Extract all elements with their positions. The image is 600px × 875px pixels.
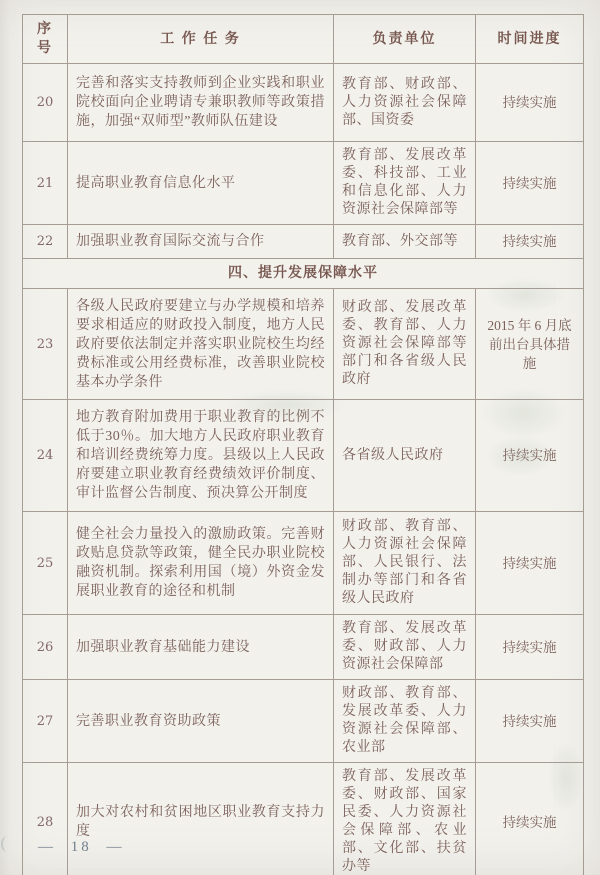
task-cell: 完善职业教育资助政策 [68, 680, 334, 763]
unit-cell: 教育部、外交部等 [334, 225, 476, 259]
row-number-cell: 27 [23, 680, 68, 763]
scan-edge-mark [1, 836, 13, 852]
header-unit: 负责单位 [334, 15, 476, 64]
unit-cell: 各省级人民政府 [334, 400, 476, 512]
table-row: 20 完善和落实支持教师到企业实践和职业院校面向企业聘请专兼职教师等政策措施，加… [23, 64, 584, 142]
time-cell: 持续实施 [476, 142, 584, 225]
time-cell: 持续实施 [476, 615, 584, 680]
task-cell: 地方教育附加费用于职业教育的比例不低于30％。加大地方人民政府职业教育和培训经费… [68, 400, 334, 512]
time-cell: 持续实施 [476, 225, 584, 259]
header-time: 时间进度 [476, 15, 584, 64]
table-row: 23 各级人民政府要建立与办学规模和培养要求相适应的财政投入制度，地方人民政府要… [23, 289, 584, 400]
row-number-cell: 21 [23, 142, 68, 225]
row-number-cell: 26 [23, 615, 68, 680]
work-plan-table: 序号 工 作 任 务 负责单位 时间进度 20 完善和落实支持教师到企业实践和职… [22, 14, 584, 875]
row-number-cell: 20 [23, 64, 68, 142]
unit-cell: 财政部、教育部、人力资源社会保障部、人民银行、法制办等部门和各省级人民政府 [334, 512, 476, 615]
table-row: 21 提高职业教育信息化水平 教育部、发展改革委、科技部、工业和信息化部、人力资… [23, 142, 584, 225]
task-cell: 各级人民政府要建立与办学规模和培养要求相适应的财政投入制度，地方人民政府要依法制… [68, 289, 334, 400]
time-cell: 2015 年 6 月底前出台具体措施 [476, 289, 584, 400]
unit-cell: 教育部、发展改革委、财政部、人力资源社会保障部 [334, 615, 476, 680]
unit-cell: 财政部、发展改革委、教育部、人力资源社会保障部等部门和各省级人民政府 [334, 289, 476, 400]
time-cell: 持续实施 [476, 512, 584, 615]
task-cell: 加强职业教育国际交流与合作 [68, 225, 334, 259]
unit-cell: 教育部、发展改革委、科技部、工业和信息化部、人力资源社会保障部等 [334, 142, 476, 225]
time-cell: 持续实施 [476, 680, 584, 763]
row-number-cell: 25 [23, 512, 68, 615]
section-header: 四、提升发展保障水平 [23, 259, 584, 289]
row-number-cell: 23 [23, 289, 68, 400]
header-task: 工 作 任 务 [68, 15, 334, 64]
time-cell: 持续实施 [476, 400, 584, 512]
header-no: 序号 [23, 15, 68, 64]
task-cell: 完善和落实支持教师到企业实践和职业院校面向企业聘请专兼职教师等政策措施，加强“双… [68, 64, 334, 142]
table-row: 22 加强职业教育国际交流与合作 教育部、外交部等 持续实施 [23, 225, 584, 259]
unit-cell: 财政部、教育部、发展改革委、人力资源社会保障部、农业部 [334, 680, 476, 763]
task-cell: 提高职业教育信息化水平 [68, 142, 334, 225]
row-number-cell: 24 [23, 400, 68, 512]
page-number: — 18 — [38, 839, 125, 856]
time-cell: 持续实施 [476, 763, 584, 875]
task-cell: 加强职业教育基础能力建设 [68, 615, 334, 680]
table-header-row: 序号 工 作 任 务 负责单位 时间进度 [23, 15, 584, 64]
unit-cell: 教育部、发展改革委、财政部、国家民委、人力资源社会保障部、农业部、文化部、扶贫办… [334, 763, 476, 875]
task-cell: 加大对农村和贫困地区职业教育支持力度 [68, 763, 334, 875]
time-cell: 持续实施 [476, 64, 584, 142]
table-row: 25 健全社会力量投入的激励政策。完善财政贴息贷款等政策，健全民办职业院校融资机… [23, 512, 584, 615]
task-cell: 健全社会力量投入的激励政策。完善财政贴息贷款等政策，健全民办职业院校融资机制。探… [68, 512, 334, 615]
unit-cell: 教育部、财政部、人力资源社会保障部、国资委 [334, 64, 476, 142]
row-number-cell: 28 [23, 763, 68, 875]
table-row: 27 完善职业教育资助政策 财政部、教育部、发展改革委、人力资源社会保障部、农业… [23, 680, 584, 763]
table-row: 24 地方教育附加费用于职业教育的比例不低于30％。加大地方人民政府职业教育和培… [23, 400, 584, 512]
scanned-document-page: 序号 工 作 任 务 负责单位 时间进度 20 完善和落实支持教师到企业实践和职… [0, 0, 600, 875]
table-row: 26 加强职业教育基础能力建设 教育部、发展改革委、财政部、人力资源社会保障部 … [23, 615, 584, 680]
row-number-cell: 22 [23, 225, 68, 259]
section-header-row: 四、提升发展保障水平 [23, 259, 584, 289]
table-row: 28 加大对农村和贫困地区职业教育支持力度 教育部、发展改革委、财政部、国家民委… [23, 763, 584, 875]
